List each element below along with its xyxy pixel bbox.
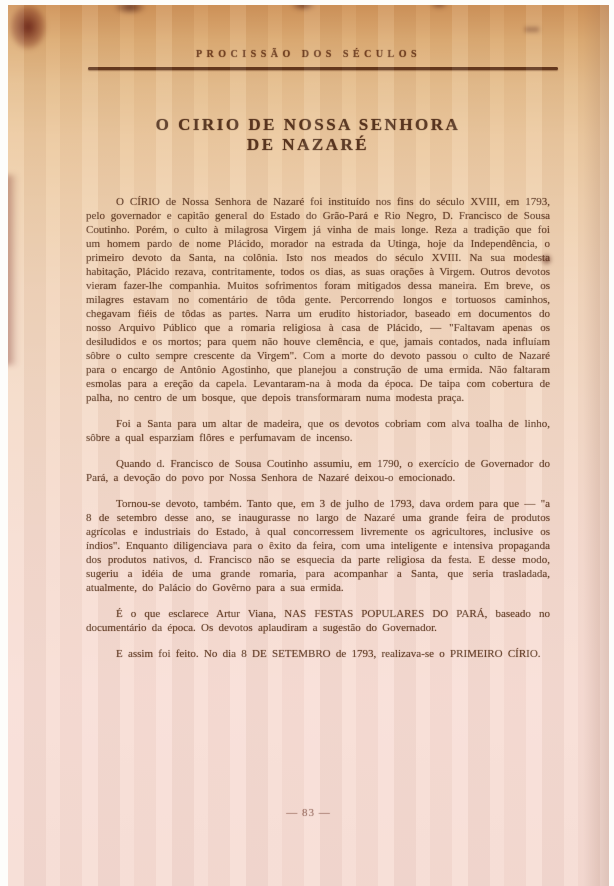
page-title: O CIRIO DE NOSSA SENHORA DE NAZARÉ	[68, 115, 548, 155]
header-rule	[88, 67, 558, 70]
scanned-book-page: PROCISSÃO DOS SÉCULOS O CIRIO DE NOSSA S…	[8, 5, 609, 886]
paragraph: E assim foi feito. No dia 8 DE SETEMBRO …	[86, 647, 550, 661]
body-text: O CÍRIO de Nossa Senhora de Nazaré foi i…	[86, 195, 550, 673]
paragraph: Foi a Santa para um altar de madeira, qu…	[86, 417, 550, 445]
page-title-line1: O CIRIO DE NOSSA SENHORA	[156, 115, 461, 134]
page-number: — 83 —	[8, 807, 609, 819]
paragraph: Quando d. Francisco de Sousa Coutinho as…	[86, 457, 550, 485]
running-head: PROCISSÃO DOS SÉCULOS	[8, 49, 609, 60]
page-content: PROCISSÃO DOS SÉCULOS O CIRIO DE NOSSA S…	[8, 5, 609, 886]
page-title-line2: DE NAZARÉ	[247, 135, 369, 154]
paragraph: É o que esclarece Artur Viana, NAS FESTA…	[86, 607, 550, 635]
paragraph: O CÍRIO de Nossa Senhora de Nazaré foi i…	[86, 195, 550, 405]
paragraph: Tornou-se devoto, também. Tanto que, em …	[86, 497, 550, 595]
